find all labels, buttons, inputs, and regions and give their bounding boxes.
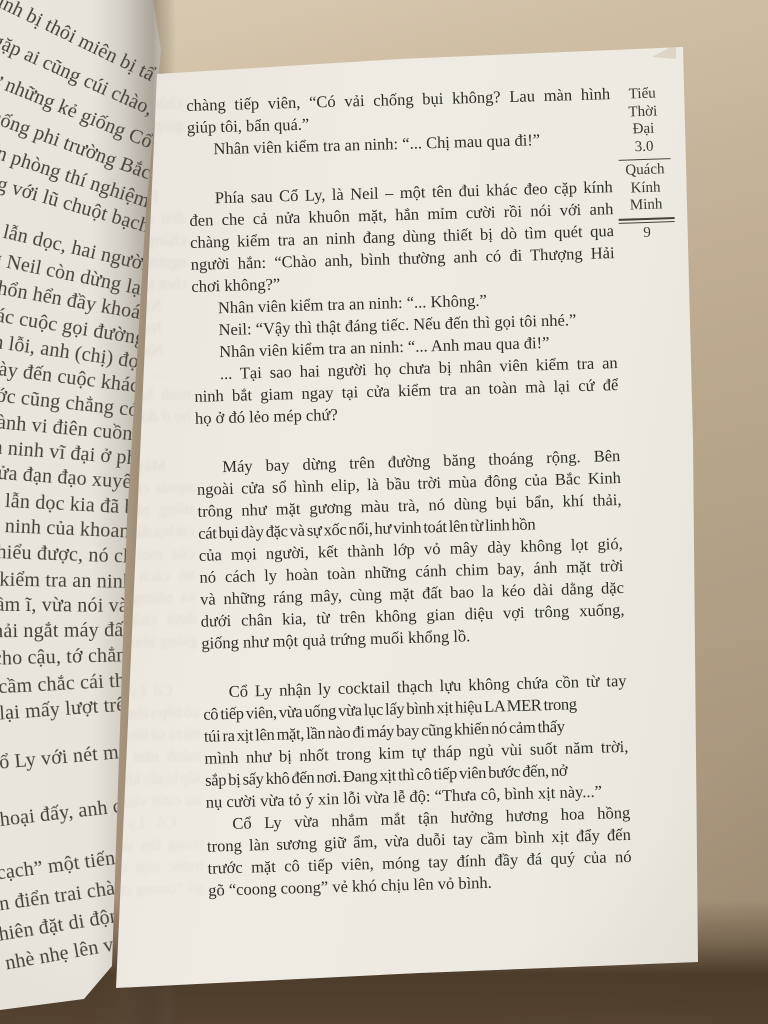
left-page-text-line: iện thoại đấy, anh có bbox=[0, 794, 134, 836]
left-page-text-line: ng ầm ĩ, vừa nói vào bbox=[0, 594, 138, 618]
left-page-text-line: sao hiểu được, nó chỉ bbox=[0, 540, 140, 569]
left-page-text-line: lại cho cậu, tớ chẳng bbox=[0, 644, 137, 671]
left-page-text-line: in Cổ Ly với nét mặt bbox=[0, 740, 135, 778]
left-page-text-line: ét lại mấy lượt trên bbox=[0, 693, 136, 727]
left-page-text-line: ớ phải ngắt máy đấy, bbox=[0, 619, 137, 643]
book-photo: Kính bị thôi miên bị tẩe, gặp ai cũng cú… bbox=[0, 0, 768, 1024]
left-page-text-line: cửa kiểm tra an ninh, bbox=[0, 568, 139, 594]
